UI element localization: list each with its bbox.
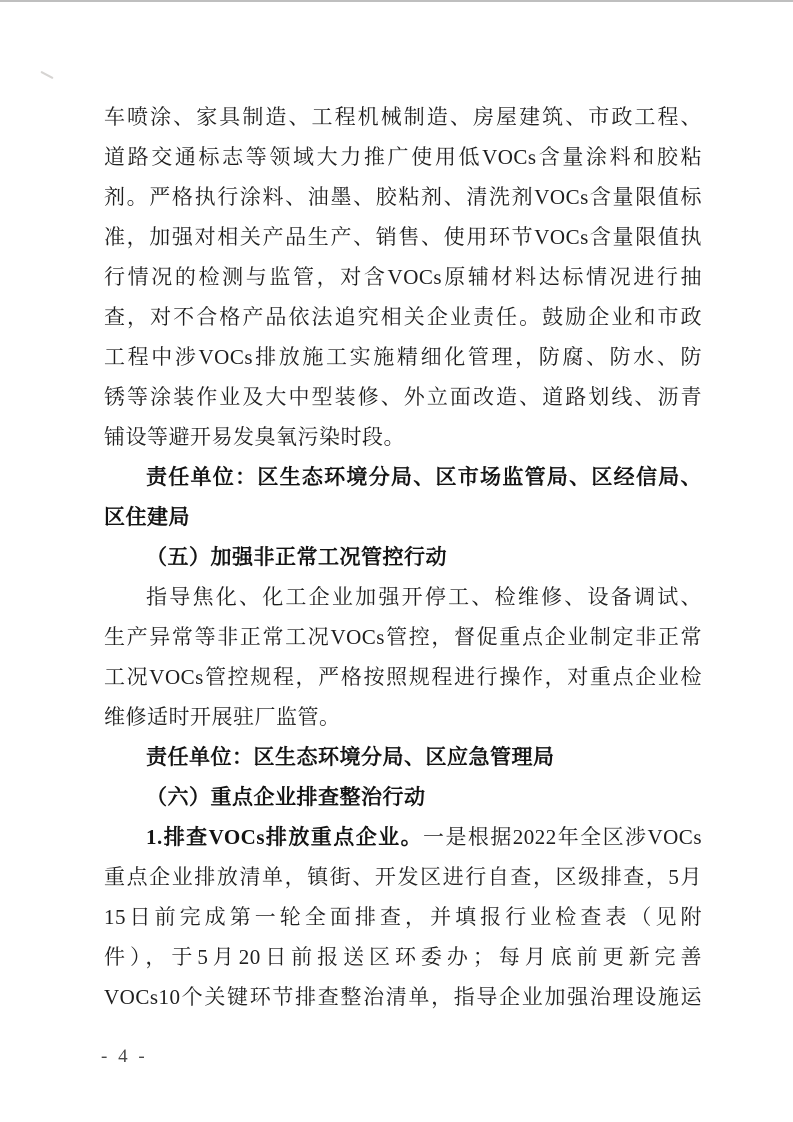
section-heading-text: （五）加强非正常工况管控行动 (146, 545, 447, 569)
paragraph-line: VOCs10个关键环节排查整治清单，指导企业加强治理设施运 (104, 977, 702, 1017)
paragraph-line: 工程中涉VOCs排放施工实施精细化管理，防腐、防水、防 (104, 337, 702, 377)
responsible-unit-line: 责任单位：区生态环境分局、区市场监管局、区经信局、 (104, 457, 702, 497)
paragraph-line: 15日前完成第一轮全面排查，并填报行业检查表（见附 (104, 897, 702, 937)
body-text: 生产异常等非正常工况VOCs管控，督促重点企业制定非正常 (104, 625, 702, 649)
body-text: 铺设等避开易发臭氧污染时段。 (104, 425, 405, 449)
body-text: 15日前完成第一轮全面排查，并填报行业检查表（见附 (104, 905, 702, 929)
scan-smudge-artifact (40, 71, 53, 79)
paragraph-line: 件），于5月20日前报送区环委办；每月底前更新完善 (104, 937, 702, 977)
document-text-column: 车喷涂、家具制造、工程机械制造、房屋建筑、市政工程、 道路交通标志等领域大力推广… (104, 97, 702, 1017)
body-text: 锈等涂装作业及大中型装修、外立面改造、道路划线、沥青 (104, 385, 702, 409)
body-text: 工程中涉VOCs排放施工实施精细化管理，防腐、防水、防 (104, 345, 702, 369)
paragraph-line: 锈等涂装作业及大中型装修、外立面改造、道路划线、沥青 (104, 377, 702, 417)
paragraph-line: 车喷涂、家具制造、工程机械制造、房屋建筑、市政工程、 (104, 97, 702, 137)
paragraph-line: 重点企业排放清单，镇街、开发区进行自查，区级排查，5月 (104, 857, 702, 897)
body-text: 查，对不合格产品依法追究相关企业责任。鼓励企业和市政 (104, 305, 702, 329)
responsible-unit-text: 责任单位：区生态环境分局、区应急管理局 (146, 745, 555, 769)
paragraph-line: 准，加强对相关产品生产、销售、使用环节VOCs含量限值执 (104, 217, 702, 257)
body-text: 一是根据2022年全区涉VOCs (423, 825, 702, 849)
body-text: 剂。严格执行涂料、油墨、胶粘剂、清洗剂VOCs含量限值标 (104, 185, 702, 209)
paragraph-line: 维修适时开展驻厂监管。 (104, 697, 702, 737)
scan-edge-artifact (0, 0, 793, 2)
paragraph-line: 生产异常等非正常工况VOCs管控，督促重点企业制定非正常 (104, 617, 702, 657)
paragraph-line: 道路交通标志等领域大力推广使用低VOCs含量涂料和胶粘 (104, 137, 702, 177)
paragraph-line: 行情况的检测与监管，对含VOCs原辅材料达标情况进行抽 (104, 257, 702, 297)
responsible-unit-line: 责任单位：区生态环境分局、区应急管理局 (104, 737, 702, 777)
body-text: 重点企业排放清单，镇街、开发区进行自查，区级排查，5月 (104, 865, 702, 889)
responsible-unit-line: 区住建局 (104, 497, 702, 537)
body-text: VOCs10个关键环节排查整治清单，指导企业加强治理设施运 (104, 985, 702, 1009)
responsible-unit-text: 区住建局 (104, 505, 190, 529)
paragraph-line: 铺设等避开易发臭氧污染时段。 (104, 417, 702, 457)
section-heading-text: （六）重点企业排查整治行动 (146, 785, 426, 809)
paragraph-line: 工况VOCs管控规程，严格按照规程进行操作，对重点企业检 (104, 657, 702, 697)
paragraph-line: 剂。严格执行涂料、油墨、胶粘剂、清洗剂VOCs含量限值标 (104, 177, 702, 217)
body-text: 车喷涂、家具制造、工程机械制造、房屋建筑、市政工程、 (104, 105, 702, 129)
paragraph-line: 指导焦化、化工企业加强开停工、检维修、设备调试、 (104, 577, 702, 617)
paragraph-line: 查，对不合格产品依法追究相关企业责任。鼓励企业和市政 (104, 297, 702, 337)
page-number: - 4 - (101, 1044, 148, 1070)
body-text: 件），于5月20日前报送区环委办；每月底前更新完善 (104, 945, 702, 969)
section-heading-5: （五）加强非正常工况管控行动 (104, 537, 702, 577)
body-text: 道路交通标志等领域大力推广使用低VOCs含量涂料和胶粘 (104, 145, 702, 169)
body-text: 工况VOCs管控规程，严格按照规程进行操作，对重点企业检 (104, 665, 702, 689)
numbered-item-lead: 1.排查VOCs排放重点企业。 (146, 825, 423, 849)
body-text: 行情况的检测与监管，对含VOCs原辅材料达标情况进行抽 (104, 265, 702, 289)
body-text: 维修适时开展驻厂监管。 (104, 705, 341, 729)
paragraph-line: 1.排查VOCs排放重点企业。一是根据2022年全区涉VOCs (104, 817, 702, 857)
section-heading-6: （六）重点企业排查整治行动 (104, 777, 702, 817)
body-text: 指导焦化、化工企业加强开停工、检维修、设备调试、 (146, 585, 702, 609)
body-text: 准，加强对相关产品生产、销售、使用环节VOCs含量限值执 (104, 225, 702, 249)
responsible-unit-text: 责任单位：区生态环境分局、区市场监管局、区经信局、 (146, 465, 702, 489)
